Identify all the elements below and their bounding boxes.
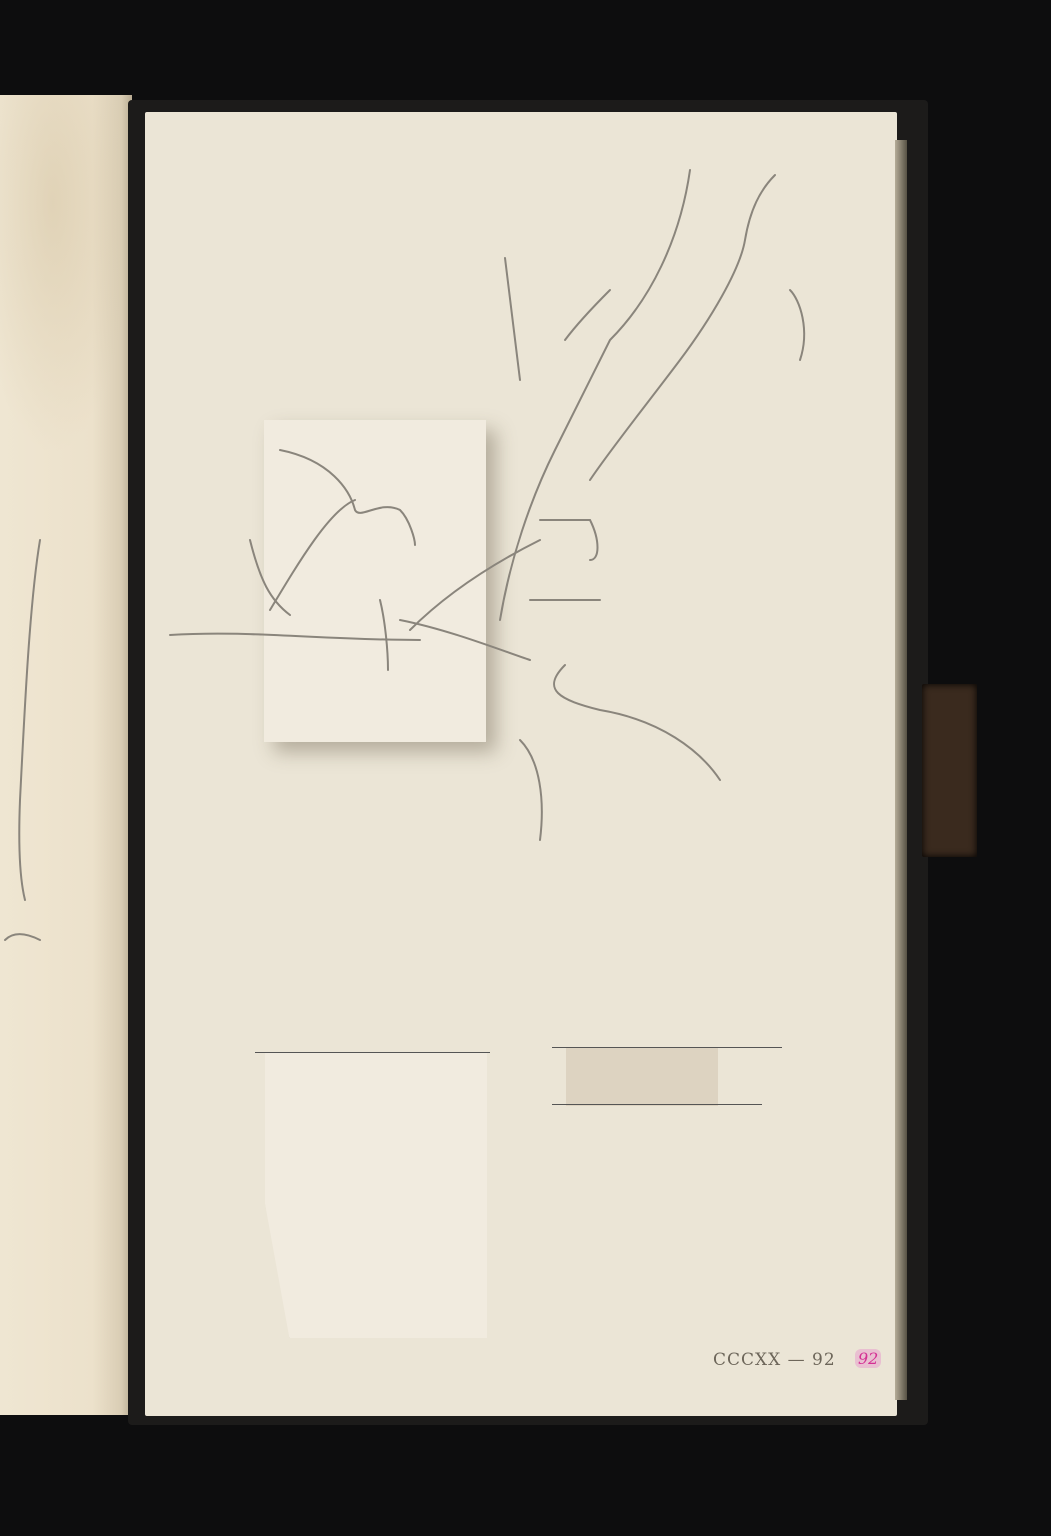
leather-clasp xyxy=(922,684,977,857)
handwritten-page-number: 92 xyxy=(855,1349,881,1368)
paper-strip xyxy=(566,1048,718,1106)
left-page xyxy=(0,95,132,1415)
paper-flap-top xyxy=(264,420,486,742)
catalog-label: CCCXX — 92 xyxy=(713,1350,836,1370)
paper-flap-bottom xyxy=(265,1052,487,1338)
right-page xyxy=(145,112,897,1416)
fold-line xyxy=(552,1104,762,1105)
page-edge xyxy=(895,140,907,1400)
fold-line xyxy=(552,1047,782,1048)
fold-line xyxy=(255,1052,490,1053)
